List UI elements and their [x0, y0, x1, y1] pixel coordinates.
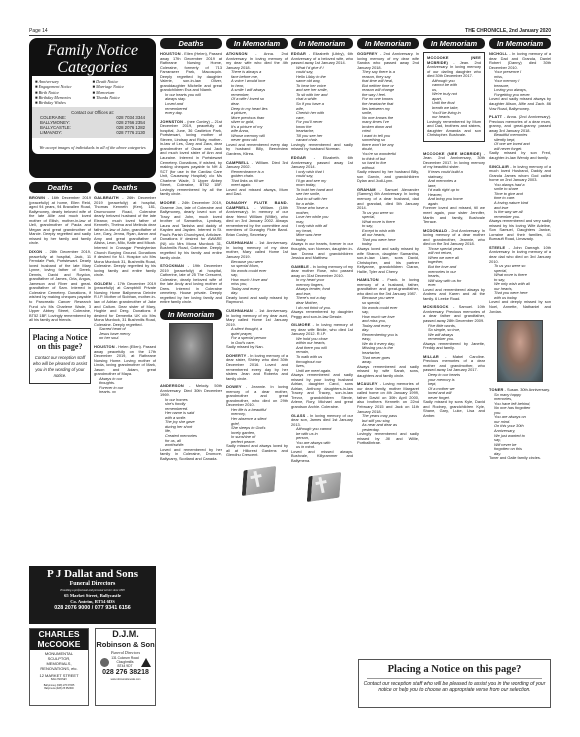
notice: MCCOOKE (NEE MCBRIDE) - Jean. 2nd Annive…: [423, 52, 485, 142]
notice: GOLDEN - 17th December 2019 (peacefully)…: [94, 282, 156, 341]
notice-name: GAMBLE: [291, 264, 309, 269]
notice-name: SINCLAIR: [489, 164, 509, 169]
notice: STOCKMAN - 19th December 2019 (peacefull…: [160, 264, 222, 305]
verse: The years may passbut still you stay,As …: [357, 414, 419, 432]
memorial-photo: [497, 320, 543, 382]
verse: In our homesshe's fondlyremembered.Her n…: [160, 398, 222, 448]
verse: Those special yearswill not return,When …: [423, 247, 485, 288]
notice: CAMPBELL - William. Died 3rd January 200…: [226, 161, 288, 197]
placing-notice-banner: Placing a Notice on this page? Contact o…: [358, 659, 551, 708]
verse: Sacred heart ofJesus have mercyon her so…: [94, 327, 156, 341]
notice-name: DUNAGHY FLUTE BAND. CAMPBELL: [226, 200, 288, 210]
column-memoriam-1: In MemoriamATKINSON - Anna. 2nd Annivers…: [226, 38, 288, 502]
crest-icon: [100, 658, 109, 667]
section-header: In Memoriam: [160, 309, 222, 320]
notice-name: MILLAR: [423, 354, 439, 359]
notice: EDGAR - Elizabeth (Libby), 6th Anniversa…: [291, 52, 353, 152]
notice: NICHOLL - In loving memory of a dear Dad…: [489, 52, 551, 111]
verse: Although you cannotbe with us inperson,Y…: [291, 427, 353, 450]
notice: PLATT - Anna. (2nd Anniversary). Preciou…: [489, 115, 551, 160]
notice-name: PLATT: [489, 114, 502, 119]
header-rule: [29, 35, 551, 36]
notice-name: EDGAR: [291, 51, 306, 56]
notice-name: MCAULEY: [357, 381, 378, 386]
notice: EDGAR - Elizabeth. 6th Anniversary, pass…: [291, 156, 353, 261]
notice: CUSHNAHAN - 1st Anniversary. In loving m…: [226, 309, 288, 350]
verse: To us you were sospecial,What more is th…: [357, 211, 419, 247]
notice: DOWEY - Jeannie. In loving memory of a d…: [226, 385, 288, 458]
notice-name: ATKINSON: [226, 51, 248, 56]
notice-name: JOHNSTON: [160, 119, 183, 124]
verse: Because you wereso special,No words coul…: [357, 296, 419, 364]
notice: HOUSTON - Ellen (Helen), Passed away 17t…: [160, 52, 222, 116]
verse: Remembrance is agolden chain.That links …: [226, 170, 288, 188]
notice-name: MCDONALD: [423, 228, 447, 233]
verse: Beautiful memoriessilently kept,Of one w…: [489, 133, 551, 151]
notice: JOHNSTON - (nee Conley) – 21st December …: [160, 120, 222, 197]
verse: They say there is areason, they saythat …: [357, 70, 419, 170]
accept-note: We accept images of individuals in all o…: [32, 143, 153, 154]
notice-name: GILMORE: [291, 322, 311, 327]
verse: Deep in our heartsyour memory iskept,Of …: [423, 373, 485, 400]
column-deaths-1: DeathsBROWN - 16th December 2019 (peacef…: [29, 182, 91, 384]
verse: I only wish that Icould say,I'll go and …: [291, 170, 353, 243]
notice: BROWN - 16th December 2019 (peacefully) …: [29, 196, 91, 246]
page-number: Page 14: [29, 28, 48, 34]
verse: Her life is a beautifulmemory,Her absenc…: [226, 408, 288, 444]
verse: Five little words,So simple, so true,We …: [423, 324, 485, 342]
verse: Always in ourthoughts.Forever in ourhear…: [94, 377, 156, 395]
office-row: LIMAVADY:028 7776 2130: [40, 130, 145, 135]
notice: DIXON - 28th December 2019, peacefully a…: [29, 250, 91, 323]
office-contacts: Contact our Offices at: COLERAINE:028 70…: [32, 107, 153, 138]
notice: GRAHAM - Samuel Alexander (Sammy) 6th An…: [357, 188, 419, 274]
notice: HAMILTON - Frank. In loving memory of a …: [357, 278, 419, 378]
notice-name: GALBRAITH: [94, 195, 119, 200]
verse: There is always aface before me,A voice …: [226, 70, 288, 143]
notice: CUSHNAHAN - 1st Anniversary. In loving m…: [226, 241, 288, 305]
warning-triangle-icon: [141, 658, 151, 667]
notice: MCDONALD - 2nd Anniversary. In loving me…: [423, 229, 485, 302]
notice-name: DOWEY: [226, 384, 242, 389]
notice-name: MCCOOKE (NEE MCBRIDE): [427, 55, 481, 65]
category-list: Anniversary Death Notice Engagement Noti…: [35, 79, 150, 105]
placing-notice-box: Placing a Notice on this page?Contact ou…: [29, 328, 91, 384]
column-memoriam-5: In MemoriamNICHOLL - In loving memory of…: [489, 38, 551, 465]
verse: You always had asmile to shareTime to gi…: [489, 183, 551, 219]
notice-name: DIXON: [29, 249, 42, 254]
notice: MILLAR - Mabel Caroline. Precious memori…: [423, 355, 485, 419]
notice-name: STEELE: [489, 245, 505, 250]
notice-name: MCCOOKE (NEE MCBRIDE): [423, 151, 481, 156]
notice-name: MOORE: [160, 200, 176, 205]
categories-title: Family Notice Categories: [30, 39, 155, 76]
notice: SINCLAIR - In loving memory of a much lo…: [489, 165, 551, 242]
bible-icon: [302, 470, 342, 502]
notice: MCAULEY - Loving memories of our dear fa…: [357, 382, 419, 446]
notice-name: GOLDEN: [94, 281, 112, 286]
bible-icon: [237, 464, 277, 496]
category-item: Birthday Wishes: [35, 100, 93, 105]
verse: In my heart yourmemory lingers,Always te…: [291, 278, 353, 310]
verse: If tears could build astairway,And memor…: [423, 170, 485, 206]
notice: GLASS - In loving memory of our dear son…: [291, 414, 353, 464]
verse: Because you wereso special Mum,No words …: [226, 260, 288, 296]
notice-name: STOCKMAN: [160, 263, 184, 268]
notice: HOUSTON - Helen (Ellen). Passed away pea…: [94, 345, 156, 395]
notice-name: NICHOLL: [489, 51, 508, 56]
section-header: In Memoriam: [357, 38, 419, 49]
notice-name: CUSHNAHAN: [226, 240, 253, 245]
section-header: In Memoriam: [226, 38, 288, 49]
notice: ANDERSON - Melody. 50th Anniversary. Die…: [160, 384, 222, 461]
section-header: In Memoriam: [423, 38, 485, 49]
verse: So many happymemories,You have left behi…: [489, 393, 551, 457]
notice-name: CUSHNAHAN: [226, 308, 253, 313]
column-deaths-2: DeathsGALBRAITH - 26th December 2019 (pe…: [94, 182, 156, 399]
column-memoriam-4: In MemoriamMCCOOKE (NEE MCBRIDE) - Jean.…: [423, 38, 485, 422]
notice-name: CAMPBELL: [226, 160, 249, 165]
notice-name: HAMILTON: [357, 277, 379, 282]
notice-name: MCKISSOCK: [423, 304, 449, 309]
verse: We hold you closewithin our hearts,And t…: [291, 337, 353, 373]
notice: MCCOOKE (NEE MCBRIDE) - Jean. 2nd Annive…: [423, 152, 485, 225]
djm-robinson-ad: D.J.M. Robinson & Son Funeral Directors …: [95, 628, 156, 706]
notice: DOHERTY - In loving memory of a dear sis…: [226, 354, 288, 381]
notice-name: EDGAR: [291, 155, 306, 160]
column-memoriam-2: In MemoriamEDGAR - Elizabeth (Libby), 6t…: [291, 38, 353, 508]
column-memoriam-3: In MemoriamGODFREY - 2nd Anniversary. In…: [357, 38, 419, 450]
verse: A silent thought, aquiet prayer,For a sp…: [226, 327, 288, 345]
column-deaths-3: DeathsHOUSTON - Ellen (Helen), Passed aw…: [160, 38, 222, 465]
dallat-funeral-ad: P J Dallat and Sons Funeral Directors Pr…: [29, 566, 156, 624]
memorial-photo: [169, 323, 213, 379]
section-header: In Memoriam: [489, 38, 551, 49]
section-header: Deaths: [29, 182, 91, 193]
verse: What I'd give if Icould say,Hello Libby …: [291, 66, 353, 143]
notice: GAMBLE - In loving memory of my dear mot…: [291, 265, 353, 320]
notice: GODFREY - 2nd Anniversary. In loving mem…: [357, 52, 419, 184]
verse: Although youcannot be withus,We're truly…: [427, 79, 481, 120]
notice: DUNAGHY FLUTE BAND. CAMPBELL - William. …: [226, 201, 288, 237]
mccooke-sculptor-ad: CHARLESMcCOOKE MONUMENTALSCULPTOR,MEMORI…: [29, 628, 89, 706]
notice-name: HOUSTON: [94, 344, 115, 349]
section-header: Deaths: [160, 38, 222, 49]
notice-name: ANDERSON: [160, 383, 184, 388]
verse: Your presence Imiss,Your memory Itreasur…: [489, 70, 551, 97]
notice: ATKINSON - Anna. 2nd Anniversary. In lov…: [226, 52, 288, 157]
category-item: Thanks Notice: [93, 95, 151, 100]
verse: In our hearts you willalways stay.Loved …: [160, 93, 222, 116]
notice: MCKISSOCK - Samuel. 10th Anniversary. Pr…: [423, 305, 485, 350]
notice: GALBRAITH - 26th December 2019 (peaceful…: [94, 196, 156, 278]
notice: MOORE - 24th December 2019, Graeme Jon, …: [160, 201, 222, 260]
section-header: In Memoriam: [291, 38, 353, 49]
notice-name: GRAHAM: [357, 187, 376, 192]
verse: To us you were sospecial,What more is th…: [489, 264, 551, 300]
notice: TONER - Susan. 30th Anniversary.So many …: [489, 388, 551, 461]
notice-name: GODFREY: [357, 51, 378, 56]
family-notice-categories: Family Notice Categories Anniversary Dea…: [29, 38, 156, 178]
section-header: Deaths: [94, 182, 156, 193]
notice-name: BROWN: [29, 195, 45, 200]
notice: STEELE - John Darragh. 10th Anniversary.…: [489, 246, 551, 314]
notice-name: HOUSTON: [160, 51, 181, 56]
notice-name: GLASS: [291, 413, 305, 418]
masthead: THE CHRONICLE, 2nd January 2020: [465, 28, 551, 34]
notice-name: DOHERTY: [226, 353, 246, 358]
notice: GILMORE - In loving memory of my dear wi…: [291, 323, 353, 409]
